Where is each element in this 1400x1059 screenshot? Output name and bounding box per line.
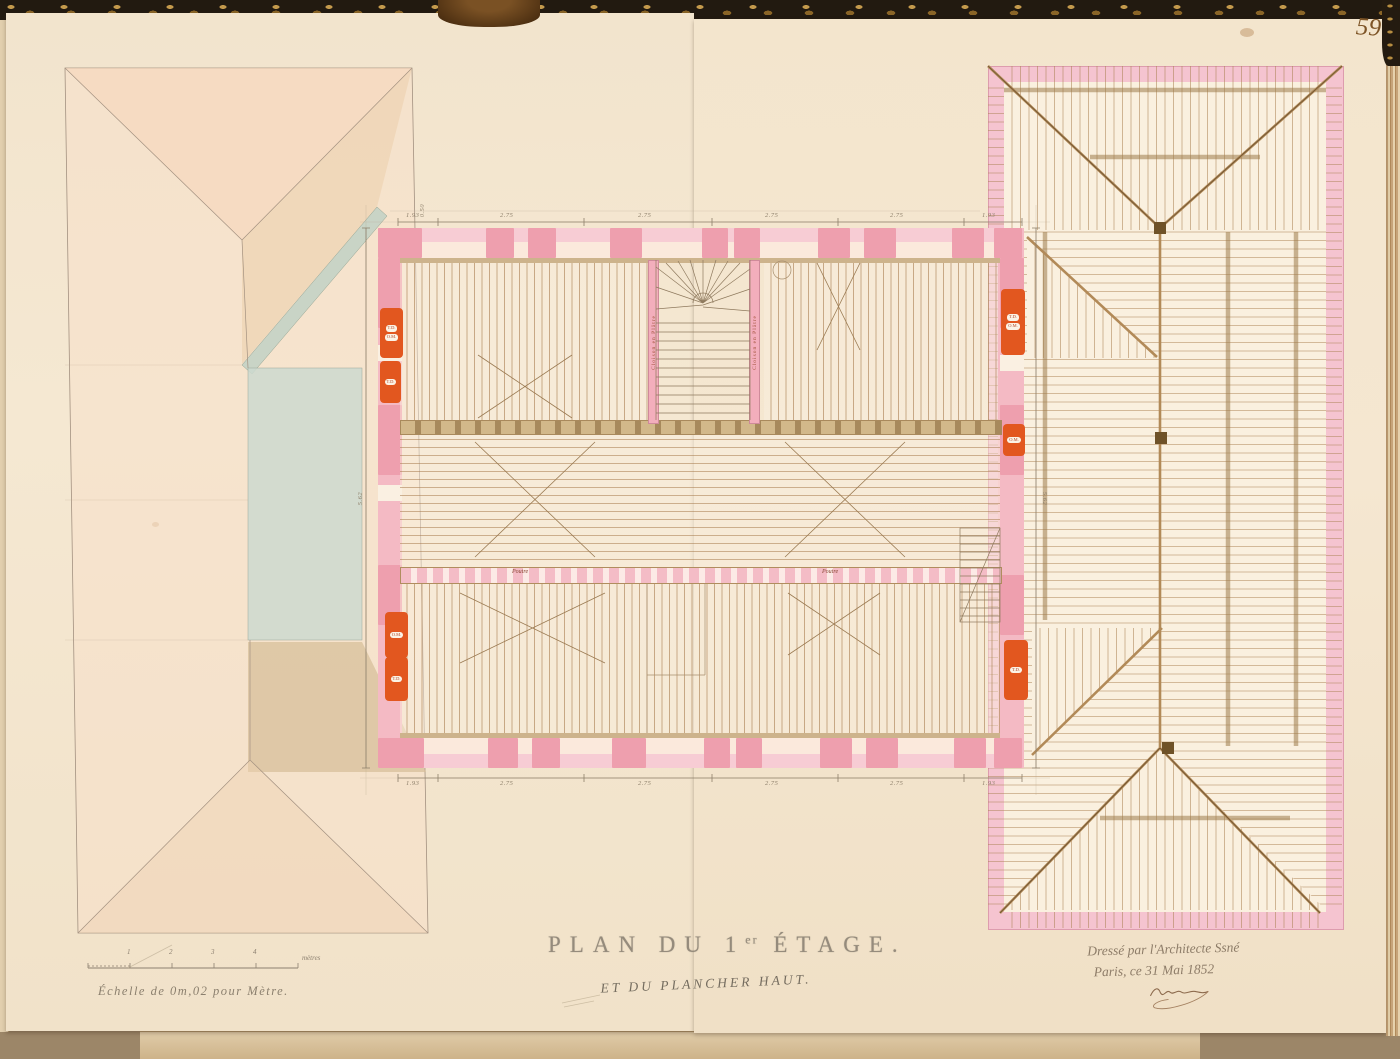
pencil-stray-line [128,945,172,968]
king-posts [1154,222,1174,754]
flue-label: T.D. [1007,314,1019,321]
beam-label: Poutre [512,569,528,575]
bottom-page-edges [140,1031,1200,1059]
scale-tick: 2 [169,948,173,956]
dim-label-small: 0.50 [419,204,426,217]
flue-marker: T.D. O.M. [380,308,403,358]
title-prefix: PLAN DU 1 [548,932,745,957]
scale-tick: 3 [211,948,215,956]
scale-caption: Échelle de 0m,02 pour Mètre. [98,984,289,999]
purlins [1004,90,1326,818]
beam-label: Poutre [822,569,838,575]
flue-marker: T.D. O.M. [1001,289,1025,355]
paper-stain [1240,28,1254,37]
staircase [656,260,750,420]
floor-framing-plan: Poutre Poutre Cloison en Plâtre Cloison … [360,205,1050,797]
flue-marker: O.M. [385,612,408,658]
flue-label: O.M. [1007,437,1021,444]
flue-marker: T.D. [385,657,408,701]
dim-label: 2.75 [765,212,778,219]
flue-label: T.D. [385,379,397,386]
folio-number: 59 [1355,13,1382,43]
flue-label: O.M. [390,632,404,639]
dim-label: 2.75 [638,212,651,219]
right-page-edge-stack [1386,64,1400,1036]
architect-inscription: Dressé par l'Architecte Ssné Paris, ce 3… [1087,934,1359,1022]
flue-label: T.D. [391,676,403,683]
terrace-wash [248,368,362,640]
architect-signature-flourish [1146,981,1257,1014]
flue-marker: T.D. [1004,640,1028,700]
dim-label: 1.93 [406,780,419,787]
dim-label-left: 5.62 [357,492,364,505]
stove-flue-circle [773,261,791,279]
dim-label: 2.75 [500,212,513,219]
floor-plan-linework [360,205,1050,797]
dim-label: 2.75 [890,212,903,219]
flue-label: T.D. [1010,667,1022,674]
scale-tick: 4 [253,948,257,956]
flue-label: T.D. [386,325,398,332]
dim-label: 1.93 [982,780,995,787]
cover-corner-top-right [1382,0,1400,66]
title-superscript: er [745,932,758,946]
service-stair [960,528,1000,622]
dim-label: 2.75 [638,780,651,787]
flue-label: O.M. [385,334,399,341]
dim-label: 2.75 [890,780,903,787]
flue-label: O.M. [1006,323,1020,330]
flue-marker: O.M. [1003,424,1025,456]
leather-cover-patch [438,0,540,27]
dim-label: 1.93 [982,212,995,219]
title-suffix: ÉTAGE. [759,932,907,957]
scale-tick: 1 [127,948,131,956]
dim-label-right: 5.62 [1041,492,1048,505]
scale-unit: mètres [302,954,320,962]
scale-bar-drawing [80,940,330,980]
flue-marker: T.D. [380,361,401,403]
dim-label: 1.93 [406,212,419,219]
dim-label: 2.75 [765,780,778,787]
dim-label: 2.75 [500,780,513,787]
sheet-title: PLAN DU 1er ÉTAGE. [548,932,858,958]
album-spread: 59 [0,0,1400,1059]
